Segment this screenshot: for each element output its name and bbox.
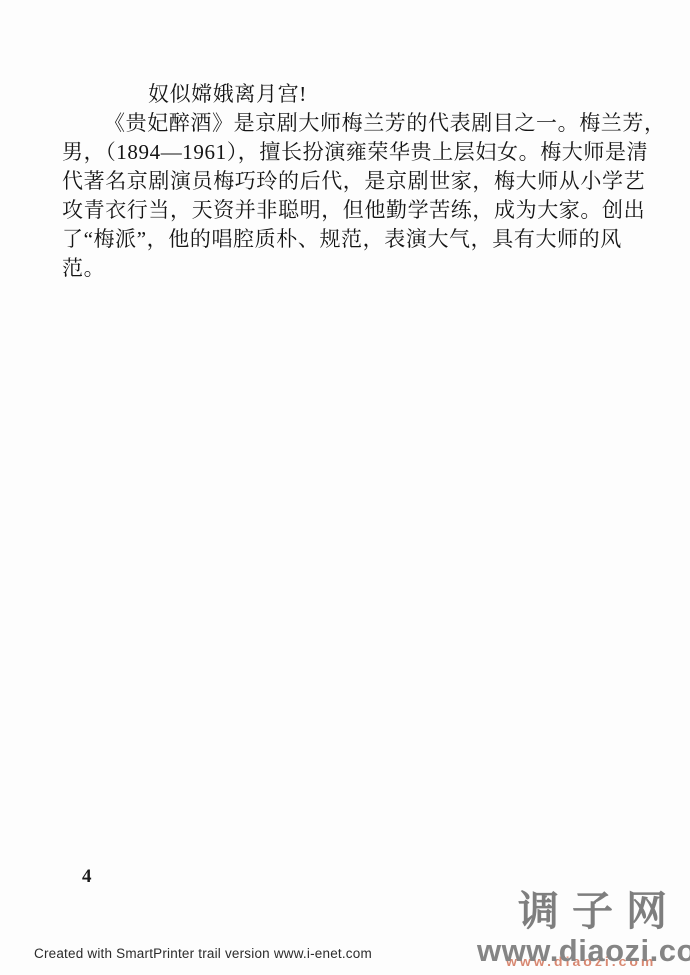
watermark-site-url: www.diaozi.com: [477, 933, 690, 969]
paragraph-line: 代著名京剧演员梅巧玲的后代，是京剧世家，梅大师从小学艺: [62, 167, 630, 196]
main-text-block: 奴似嫦娥离月宫! 《贵妃醉酒》是京剧大师梅兰芳的代表剧目之一。梅兰芳， 男，（1…: [62, 80, 630, 283]
poem-line: 奴似嫦娥离月宫!: [62, 80, 630, 109]
printer-footer-text: Created with SmartPrinter trail version …: [34, 946, 372, 961]
paragraph-line: 《贵妃醉酒》是京剧大师梅兰芳的代表剧目之一。梅兰芳，: [62, 109, 630, 138]
paragraph-line: 攻青衣行当，天资并非聪明，但他勤学苦练，成为大家。创出: [62, 196, 630, 225]
paragraph-line: 范。: [62, 254, 630, 283]
paragraph-line: 了“梅派”，他的唱腔质朴、规范，表演大气，具有大师的风: [62, 225, 630, 254]
watermark-site-name: 调子网: [518, 888, 680, 934]
page-number: 4: [82, 866, 92, 888]
scanned-book-page: 奴似嫦娥离月宫! 《贵妃醉酒》是京剧大师梅兰芳的代表剧目之一。梅兰芳， 男，（1…: [0, 0, 690, 975]
paragraph-line: 男，（1894—1961），擅长扮演雍荣华贵上层妇女。梅大师是清: [62, 138, 630, 167]
